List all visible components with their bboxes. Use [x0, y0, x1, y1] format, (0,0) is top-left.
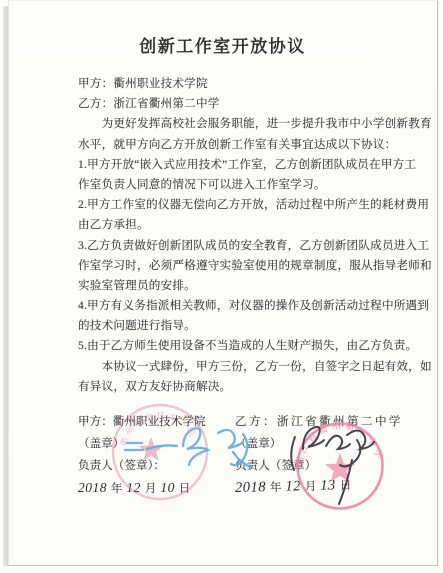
party-a-date: 2018 年 12 月 10 日 — [78, 477, 233, 499]
body-line: 乙方：浙江省衢州第二中学 — [78, 94, 412, 114]
body-line: 甲方：衢州职业技术学院 — [78, 74, 412, 94]
body-line: 2.甲方工作室的仪器无偿向乙方开放，活动过程中所产生的耗材费用 — [78, 195, 412, 215]
body-line: 有异议，双方友好协商解决。 — [78, 377, 412, 397]
date-part: 年 — [111, 482, 123, 495]
date-part: 月 — [305, 480, 317, 493]
body-line: 实验室管理员的安排。 — [78, 276, 412, 296]
party-b-name: 乙方：浙江省衢州第二中学 — [235, 411, 430, 433]
body-line: 的技术问题进行指导。 — [78, 316, 412, 336]
date-part: 2018 — [78, 480, 107, 495]
date-part: 12 — [285, 478, 301, 494]
body-line: 水平，就甲方向乙方开放创新工作室有关事宜达成以下协议： — [78, 135, 412, 155]
body-line: 作室学习时，必须严格遵守实验室使用的规章制度，服从指导老师和 — [78, 256, 412, 276]
date-part: 日 — [340, 479, 352, 492]
party-a-signer-label: 负责人（签章）： — [78, 455, 233, 477]
signature-block-party-b: 乙方：浙江省衢州第二中学 （盖章） 负责人（签章） 2018 年 12 月 13… — [235, 411, 430, 499]
body-line: 1.甲方开放“嵌入式应用技术”工作室，乙方创新团队成员在甲方工 — [78, 155, 412, 175]
body-line: 为更好发挥高校社会服务职能，进一步提升我市中小学创新教育 — [78, 114, 412, 134]
party-a-name: 甲方：衢州职业技术学院 — [78, 411, 233, 433]
date-part: 月 — [145, 482, 157, 495]
party-b-date: 2018 年 12 月 13 日 — [235, 472, 431, 499]
body-line: 5.由于乙方师生使用设备不当造成的人生财产损失，由乙方负责。 — [78, 336, 412, 356]
body-line: 4.甲方有义务指派相关教师，对仪器的操作及创新活动过程中所遇到 — [78, 296, 412, 316]
party-b-seal-label: （盖章） — [235, 433, 430, 455]
date-part: 日 — [179, 482, 191, 495]
date-part: 12 — [126, 480, 141, 495]
doc-title: 创新工作室开放协议 — [8, 32, 437, 57]
scanned-document: 创新工作室开放协议 甲方：衢州职业技术学院乙方：浙江省衢州第二中学 为更好发挥高… — [0, 0, 443, 573]
party-a-seal-label: （盖章） — [78, 433, 233, 455]
date-part: 13 — [320, 477, 336, 493]
signature-block-party-a: 甲方：衢州职业技术学院 （盖章） 负责人（签章）： 2018 年 12 月 10… — [78, 411, 233, 499]
body-line: 本协议一式肆份，甲方三份，乙方一份，自签字之日起有效，如 — [78, 357, 412, 377]
date-part: 10 — [160, 480, 175, 495]
date-part: 年 — [270, 481, 282, 494]
date-part: 2018 — [235, 479, 266, 496]
body-line: 由乙方承担。 — [78, 215, 412, 235]
document-page: 创新工作室开放协议 甲方：衢州职业技术学院乙方：浙江省衢州第二中学 为更好发挥高… — [8, 0, 438, 566]
body-line: 3.乙方负责做好创新团队成员的安全教育，乙方创新团队成员进入工 — [78, 236, 412, 256]
body-lines: 甲方：衢州职业技术学院乙方：浙江省衢州第二中学 为更好发挥高校社会服务职能，进一… — [78, 74, 412, 397]
body-line: 作室负责人同意的情况下可以进入工作室学习。 — [78, 175, 412, 195]
